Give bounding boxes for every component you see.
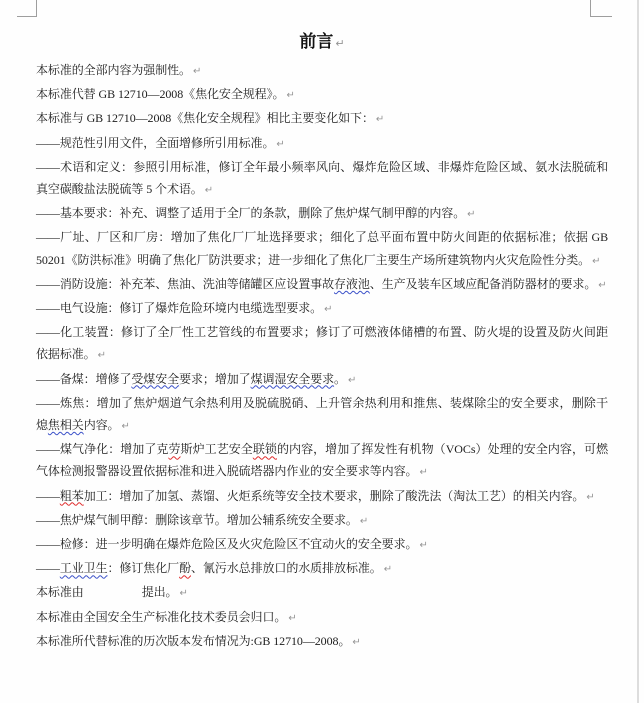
text-run: 提出。 xyxy=(142,585,178,599)
paragraph-mark-icon: ↵ xyxy=(346,375,356,386)
text-run: ——电气设施：修订了爆炸危险环境内电缆选型要求。 xyxy=(36,301,322,315)
text-run: 本标准的全部内容为强制性。 xyxy=(36,63,191,77)
text-run: 要求；增加了 xyxy=(179,372,251,386)
paragraph: ——焦炉煤气制甲醇：删除该章节。增加公辅系统安全要求。↵ xyxy=(36,509,608,533)
paragraph-mark-icon: ↵ xyxy=(119,421,129,432)
paragraph-mark-icon: ↵ xyxy=(96,350,106,361)
paragraph: ——基本要求：补充、调整了适用于全厂的条款，删除了焦炉煤气制甲醇的内容。↵ xyxy=(36,202,608,226)
paragraph-mark-icon: ↵ xyxy=(374,114,384,125)
text-run-squiggle-red: 联锁 xyxy=(253,442,277,456)
text-run: —— xyxy=(36,561,60,575)
text-run: ——化工装置：修订了全厂性工艺管线的布置要求；修订了可燃液体储槽的布置、防火堤的… xyxy=(36,325,608,361)
paragraph: ——电气设施：修订了爆炸危险环境内电缆选型要求。↵ xyxy=(36,297,608,321)
text-run: ——检修：进一步明确在爆炸危险区及火灾危险区不宜动火的安全要求。 xyxy=(36,537,417,551)
paragraph-mark-icon: ↵ xyxy=(203,185,213,196)
paragraph: ——规范性引用文件，全面增修所引用标准。↵ xyxy=(36,132,608,156)
paragraph-mark-icon: ↵ xyxy=(286,613,296,624)
paragraph: 本标准的全部内容为强制性。↵ xyxy=(36,59,608,83)
text-run-squiggle-blue: 工业卫生 xyxy=(60,561,108,575)
text-run-squiggle-blue: 存液池 xyxy=(334,277,370,291)
paragraph: ——消防设施：补充苯、焦油、洗油等储罐区应设置事故存液池、生产及装车区域应配备消… xyxy=(36,273,608,297)
text-run: ——消防设施：补充苯、焦油、洗油等储罐区应设置事故 xyxy=(36,277,334,291)
paragraph: 本标准所代替标准的历次版本发布情况为:GB 12710—2008。↵ xyxy=(36,630,608,654)
text-run-squiggle-red: 劳 xyxy=(168,442,180,456)
paragraph-mark-icon: ↵ xyxy=(465,209,475,220)
paragraph-mark-icon: ↵ xyxy=(382,564,392,575)
paragraph-mark-icon: ↵ xyxy=(177,588,187,599)
paragraph-mark-icon: ↵ xyxy=(417,467,427,478)
text-run: ——备煤：增修了 xyxy=(36,372,131,386)
text-run: 。 xyxy=(334,372,346,386)
paragraph-mark-icon: ↵ xyxy=(333,37,344,50)
paragraph-mark-icon: ↵ xyxy=(417,540,427,551)
paragraph-mark-icon: ↵ xyxy=(584,492,594,503)
document-body[interactable]: 本标准的全部内容为强制性。↵本标准代替 GB 12710—2008《焦化安全规程… xyxy=(36,59,608,654)
paragraph: ——工业卫生：修订焦化厂酚、氰污水总排放口的水质排放标准。↵ xyxy=(36,557,608,581)
paragraph: ——厂址、厂区和厂房：增加了焦化厂厂址选择要求；细化了总平面布置中防火间距的依据… xyxy=(36,226,608,272)
paragraph: 本标准与 GB 12710—2008《焦化安全规程》相比主要变化如下：↵ xyxy=(36,107,608,131)
paragraph-mark-icon: ↵ xyxy=(350,637,360,648)
paragraph: ——化工装置：修订了全厂性工艺管线的布置要求；修订了可燃液体储槽的布置、防火堤的… xyxy=(36,321,608,367)
paragraph: ——备煤：增修了受煤安全要求；增加了煤调湿安全要求。↵ xyxy=(36,368,608,392)
paragraph: 本标准代替 GB 12710—2008《焦化安全规程》。↵ xyxy=(36,83,608,107)
text-run: ——术语和定义：参照引用标准，修订全年最小频率风向、爆炸危险区域、非爆炸危险区域… xyxy=(36,160,608,196)
paragraph: ——检修：进一步明确在爆炸危险区及火灾危险区不宜动火的安全要求。↵ xyxy=(36,533,608,557)
text-run-squiggle-red: 粗苯 xyxy=(60,489,84,503)
text-run-squiggle-blue: 受煤安全 xyxy=(131,372,179,386)
paragraph-mark-icon: ↵ xyxy=(274,139,284,150)
text-run: ——煤气净化：增加了克 xyxy=(36,442,168,456)
paragraph: 本标准由提出。↵ xyxy=(36,581,608,605)
paragraph-mark-icon: ↵ xyxy=(596,280,606,291)
text-run: 本标准由 xyxy=(36,585,84,599)
paragraph: 本标准由全国安全生产标准化技术委员会归口。↵ xyxy=(36,606,608,630)
document-title: 前言↵ xyxy=(36,30,608,56)
text-run: 本标准所代替标准的历次版本发布情况为:GB 12710—2008。 xyxy=(36,634,350,648)
text-run: 本标准代替 GB 12710—2008《焦化安全规程》。 xyxy=(36,87,284,101)
text-run: ——厂址、厂区和厂房：增加了焦化厂厂址选择要求；细化了总平面布置中防火间距的依据… xyxy=(36,230,608,266)
text-run-squiggle-blue: 焦相关 xyxy=(48,418,84,432)
page-margin-mark-top-left xyxy=(17,0,37,17)
page-margin-mark-top-right xyxy=(590,0,612,17)
text-run: ——焦炉煤气制甲醇：删除该章节。增加公辅系统安全要求。 xyxy=(36,513,358,527)
text-run: 本标准由全国安全生产标准化技术委员会归口。 xyxy=(36,610,286,624)
text-run: ：修订焦化厂 xyxy=(108,561,180,575)
text-run: —— xyxy=(36,489,60,503)
paragraph-mark-icon: ↵ xyxy=(322,304,332,315)
text-run: 加工：增加了加氢、蒸馏、火炬系统等安全技术要求，删除了酸洗法（淘汰工艺）的相关内… xyxy=(84,489,585,503)
word-document-page: 前言↵ 本标准的全部内容为强制性。↵本标准代替 GB 12710—2008《焦化… xyxy=(0,0,644,703)
text-run: 内容。 xyxy=(84,418,120,432)
text-run: ——规范性引用文件，全面增修所引用标准。 xyxy=(36,136,274,150)
text-run: ——基本要求：补充、调整了适用于全厂的条款，删除了焦炉煤气制甲醇的内容。 xyxy=(36,206,465,220)
document-title-text: 前言 xyxy=(299,32,333,51)
paragraph: ——炼焦：增加了焦炉烟道气余热利用及脱硫脱硝、上升管余热利用和推焦、装煤除尘的安… xyxy=(36,392,608,438)
paragraph: ——术语和定义：参照引用标准，修订全年最小频率风向、爆炸危险区域、非爆炸危险区域… xyxy=(36,156,608,202)
paragraph-mark-icon: ↵ xyxy=(284,90,294,101)
text-run-squiggle-red: 酚 xyxy=(179,561,191,575)
paragraph-mark-icon: ↵ xyxy=(191,66,201,77)
page-right-edge-line xyxy=(637,0,639,703)
text-run: 、生产及装车区域应配备消防器材的要求。 xyxy=(370,277,596,291)
text-run-squiggle-blue: 煤调湿安全要求 xyxy=(251,372,334,386)
text-run: 斯炉工艺安全 xyxy=(181,442,253,456)
text-run: 本标准与 GB 12710—2008《焦化安全规程》相比主要变化如下： xyxy=(36,111,374,125)
paragraph: ——粗苯加工：增加了加氢、蒸馏、火炬系统等安全技术要求，删除了酸洗法（淘汰工艺）… xyxy=(36,485,608,509)
paragraph-mark-icon: ↵ xyxy=(590,256,600,267)
paragraph: ——煤气净化：增加了克劳斯炉工艺安全联锁的内容，增加了挥发性有机物（VOCs）处… xyxy=(36,438,608,484)
text-run: 、氰污水总排放口的水质排放标准。 xyxy=(191,561,382,575)
paragraph-mark-icon: ↵ xyxy=(358,516,368,527)
